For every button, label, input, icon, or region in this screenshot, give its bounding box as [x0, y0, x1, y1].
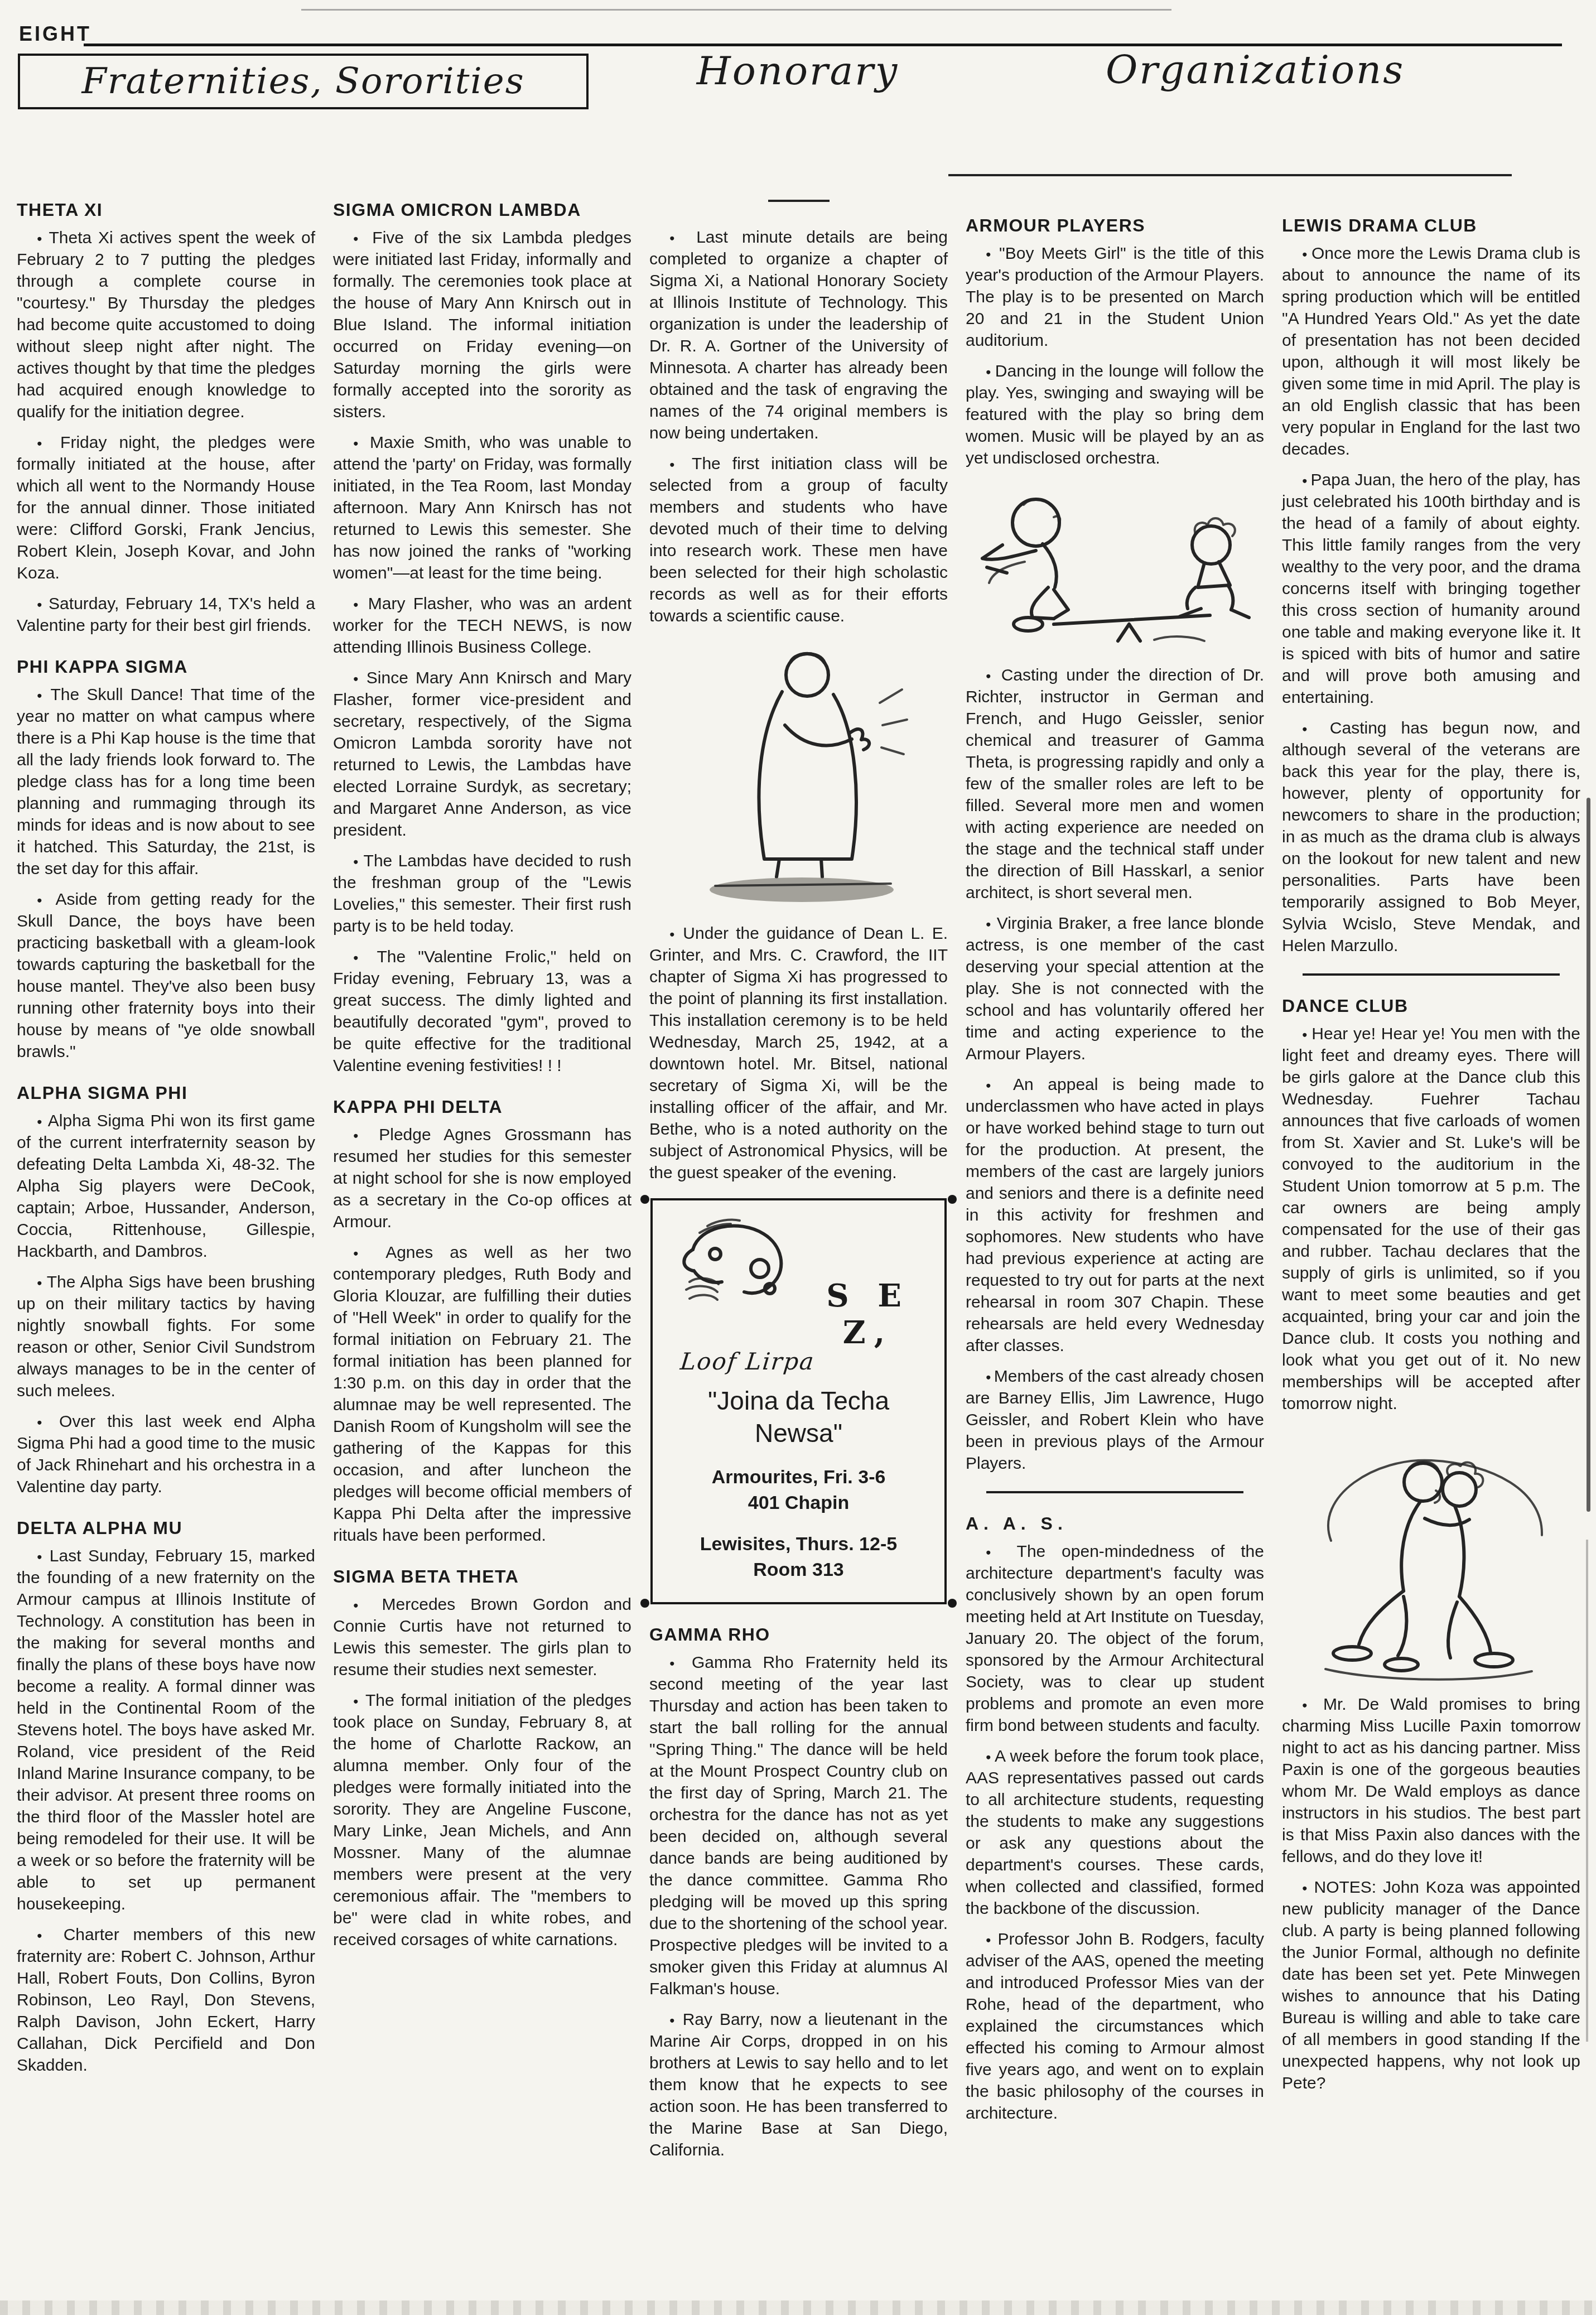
article-paragraph: Five of the six Lambda pledges were init… — [333, 227, 631, 423]
article-title-aas: A. A. S. — [966, 1513, 1264, 1534]
article-title-delta-alpha-mu: DELTA ALPHA MU — [17, 1518, 315, 1538]
column-organizations-left: ARMOUR PLAYERS "Boy Meets Girl" is the t… — [966, 200, 1264, 2170]
article-paragraph: Members of the cast already chosen are B… — [966, 1366, 1264, 1474]
sez-schedule-line: Armourites, Fri. 3-6 — [660, 1465, 937, 1491]
article-paragraph: The open-mindedness of the architecture … — [966, 1541, 1264, 1737]
seesaw-children-cartoon-illustration — [970, 478, 1260, 657]
article-paragraph: Under the guidance of Dean L. E. Grinter… — [649, 923, 948, 1184]
loof-lirpa-signature: Loof Lirpa — [668, 1348, 827, 1375]
article-title-theta-xi: THETA XI — [17, 200, 315, 220]
article-paragraph: Friday night, the pledges were formally … — [17, 432, 315, 584]
article-paragraph: Last Sunday, February 15, marked the fou… — [17, 1545, 315, 1915]
article-paragraph: Pledge Agnes Grossmann has resumed her s… — [333, 1124, 631, 1233]
fraternities-sororities-header: Fraternities, Sororities — [18, 54, 589, 109]
article-paragraph: Mercedes Brown Gordon and Connie Curtis … — [333, 1594, 631, 1681]
article-paragraph: Last minute details are being completed … — [649, 226, 948, 444]
article-paragraph: A week before the forum took place, AAS … — [966, 1745, 1264, 1919]
article-paragraph: Virginia Braker, a free lance blonde act… — [966, 913, 1264, 1065]
section-divider-rule — [1303, 973, 1559, 976]
article-paragraph: Once more the Lewis Drama club is about … — [1282, 243, 1580, 460]
corner-ornament-icon — [948, 1599, 957, 1608]
article-title-sigma-beta-theta: SIGMA BETA THETA — [333, 1566, 631, 1587]
organizations-header: Organizations — [959, 47, 1551, 93]
scan-artifact-line — [301, 9, 1171, 11]
fraternities-header-text: Fraternities, Sororities — [81, 61, 524, 102]
article-paragraph: Charter members of this new fraternity a… — [17, 1924, 315, 2076]
article-title-gamma-rho: GAMMA RHO — [649, 1624, 948, 1645]
article-title-armour-players: ARMOUR PLAYERS — [966, 215, 1264, 236]
column-fraternities-left: THETA XI Theta Xi actives spent the week… — [17, 200, 315, 2170]
corner-ornament-icon — [948, 1195, 957, 1204]
article-paragraph: Mary Flasher, who was an ardent worker f… — [333, 593, 631, 658]
article-paragraph: Maxie Smith, who was unable to attend th… — [333, 432, 631, 584]
article-paragraph: Agnes as well as her two contemporary pl… — [333, 1242, 631, 1546]
honorary-header: Honorary — [642, 48, 954, 94]
organizations-underline — [948, 174, 1512, 176]
article-paragraph: Aside from getting ready for the Skull D… — [17, 889, 315, 1063]
sez-box-top: S E Z, — [660, 1210, 937, 1351]
scan-artifact-streak — [1587, 798, 1590, 1512]
article-columns: THETA XI Theta Xi actives spent the week… — [17, 200, 1580, 2170]
article-paragraph: The first initiation class will be selec… — [649, 453, 948, 627]
article-paragraph: Alpha Sigma Phi won its first game of th… — [17, 1110, 315, 1262]
article-paragraph: "Boy Meets Girl" is the title of this ye… — [966, 243, 1264, 351]
article-paragraph: The formal initiation of the pledges too… — [333, 1690, 631, 1951]
article-paragraph: The "Valentine Frolic," held on Friday e… — [333, 946, 631, 1077]
sez-quote: "Joina da Techa Newsa" — [660, 1385, 937, 1449]
robed-scholar-illustration — [682, 636, 916, 915]
article-paragraph: Saturday, February 14, TX's held a Valen… — [17, 593, 315, 636]
article-paragraph: The Alpha Sigs have been brushing up on … — [17, 1271, 315, 1402]
sez-schedule-line: Lewisites, Thurs. 12-5 — [660, 1532, 937, 1557]
article-paragraph: NOTES: John Koza was appointed new publi… — [1282, 1877, 1580, 2094]
section-divider-rule — [986, 1491, 1243, 1493]
header-rule — [84, 44, 1562, 46]
sez-schedule-armour: Armourites, Fri. 3-6 401 Chapin — [660, 1465, 937, 1516]
column-fraternities-right: SIGMA OMICRON LAMBDA Five of the six Lam… — [333, 200, 631, 2170]
article-paragraph: Mr. De Wald promises to bring charming M… — [1282, 1694, 1580, 1868]
sez-schedule-lewis: Lewisites, Thurs. 12-5 Room 313 — [660, 1532, 937, 1583]
article-paragraph: Casting has begun now, and although seve… — [1282, 717, 1580, 957]
sez-advertisement-box: S E Z, Loof Lirpa "Joina da Techa Newsa"… — [650, 1198, 947, 1604]
column-honorary: Last minute details are being completed … — [649, 200, 948, 2170]
article-paragraph: Papa Juan, the hero of the play, has jus… — [1282, 469, 1580, 708]
corner-ornament-icon — [640, 1195, 649, 1204]
article-paragraph: Since Mary Ann Knirsch and Mary Flasher,… — [333, 667, 631, 841]
article-title-alpha-sigma-phi: ALPHA SIGMA PHI — [17, 1083, 315, 1103]
article-title-dance-club: DANCE CLUB — [1282, 996, 1580, 1016]
article-paragraph: Hear ye! Hear ye! You men with the light… — [1282, 1023, 1580, 1415]
page-number-label: EIGHT — [19, 22, 91, 46]
column-organizations-right: LEWIS DRAMA CLUB Once more the Lewis Dra… — [1282, 200, 1580, 2170]
scan-artifact-noise — [0, 2300, 1596, 2315]
dancing-couple-cartoon-illustration — [1292, 1424, 1571, 1686]
corner-ornament-icon — [640, 1599, 649, 1608]
scan-artifact-streak — [1586, 1540, 1588, 2042]
article-title-phi-kappa-sigma: PHI KAPPA SIGMA — [17, 657, 315, 677]
article-paragraph: Over this last week end Alpha Sigma Phi … — [17, 1411, 315, 1498]
sez-schedule-line: 401 Chapin — [660, 1491, 937, 1516]
loof-lirpa-caricature-illustration — [660, 1210, 800, 1339]
article-paragraph: An appeal is being made to underclassmen… — [966, 1074, 1264, 1357]
article-paragraph: Professor John B. Rodgers, faculty advis… — [966, 1928, 1264, 2124]
article-paragraph: The Lambdas have decided to rush the fre… — [333, 850, 631, 937]
sez-quote-line: Newsa" — [660, 1417, 937, 1450]
article-title-sigma-omicron-lambda: SIGMA OMICRON LAMBDA — [333, 200, 631, 220]
sez-text: S E Z, — [800, 1277, 937, 1351]
newspaper-page: EIGHT Fraternities, Sororities Honorary … — [0, 0, 1596, 2315]
article-paragraph: Theta Xi actives spent the week of Febru… — [17, 227, 315, 423]
article-paragraph: The Skull Dance! That time of the year n… — [17, 684, 315, 880]
article-paragraph: Ray Barry, now a lieutenant in the Marin… — [649, 2009, 948, 2161]
sez-quote-line: "Joina da Techa — [660, 1385, 937, 1417]
article-title-lewis-drama-club: LEWIS DRAMA CLUB — [1282, 215, 1580, 236]
article-paragraph: Dancing in the lounge will follow the pl… — [966, 360, 1264, 469]
honorary-dash-ornament — [768, 200, 830, 202]
article-title-kappa-phi-delta: KAPPA PHI DELTA — [333, 1097, 631, 1117]
article-paragraph: Casting under the direction of Dr. Richt… — [966, 664, 1264, 904]
article-paragraph: Gamma Rho Fraternity held its second mee… — [649, 1652, 948, 2000]
sez-schedule-line: Room 313 — [660, 1557, 937, 1583]
